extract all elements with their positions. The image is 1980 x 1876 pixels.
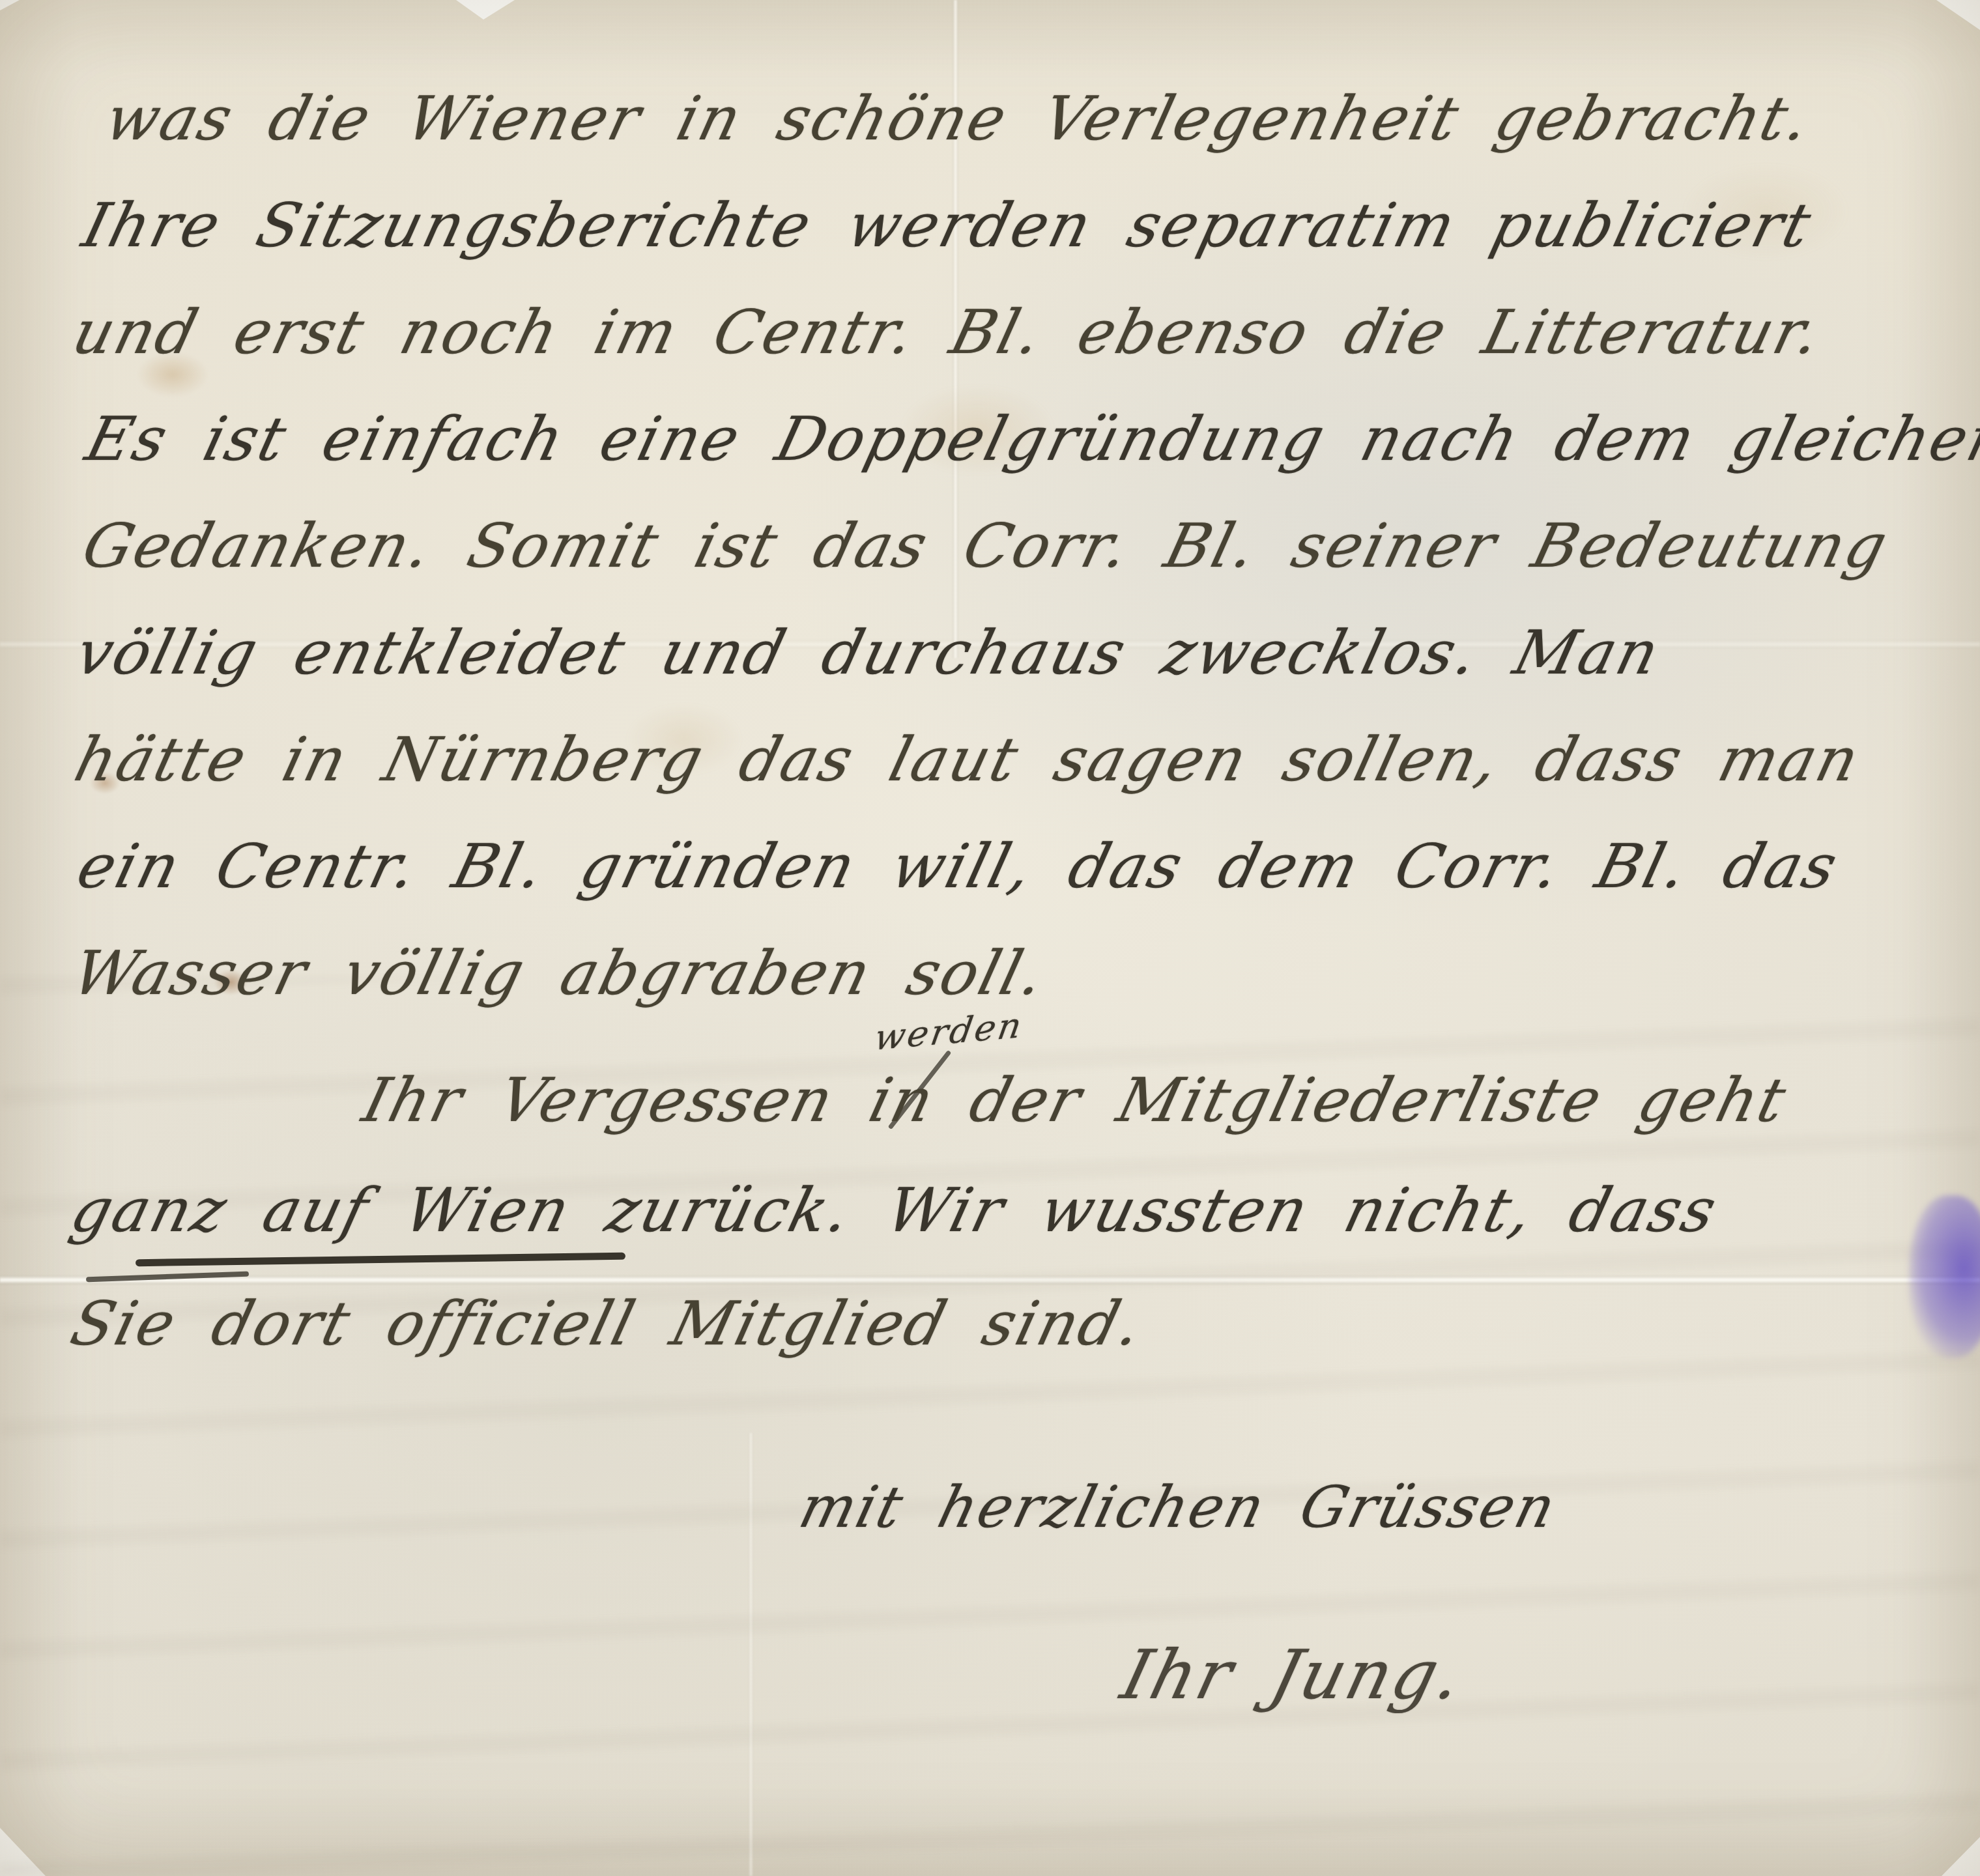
letter-line: hätte in Nürnberg das laut sagen sollen,… xyxy=(68,724,1868,795)
closing-salutation: mit herzlichen Grüssen xyxy=(793,1473,1564,1541)
letter-line: ein Centr. Bl. gründen will, das dem Cor… xyxy=(71,831,1846,902)
letter-scan: was die Wiener in schöne Verlegenheit ge… xyxy=(0,0,1980,1876)
signature: Ihr Jung. xyxy=(1114,1635,1472,1714)
letter-line: was die Wiener in schöne Verlegenheit ge… xyxy=(99,83,1818,154)
letter-line: und erst noch im Centr. Bl. ebenso die L… xyxy=(66,297,1829,367)
letter-line: Ihr Vergessen in der Mitgliederliste geh… xyxy=(356,1065,1794,1135)
letter-line: völlig entkleidet und durchaus zwecklos.… xyxy=(70,618,1668,688)
letter-line: ganz auf Wien zurück. Wir wussten nicht,… xyxy=(65,1175,1725,1245)
letter-line: Es ist einfach eine Doppelgründung nach … xyxy=(79,404,1980,474)
letter-line: Sie dort officiell Mitglied sind. xyxy=(65,1288,1151,1359)
letter-line: Ihre Sitzungsberichte werden separatim p… xyxy=(76,190,1820,261)
letter-line: Wasser völlig abgraben soll. xyxy=(66,938,1053,1008)
letter-line: Gedanken. Somit ist das Corr. Bl. seiner… xyxy=(76,511,1896,581)
